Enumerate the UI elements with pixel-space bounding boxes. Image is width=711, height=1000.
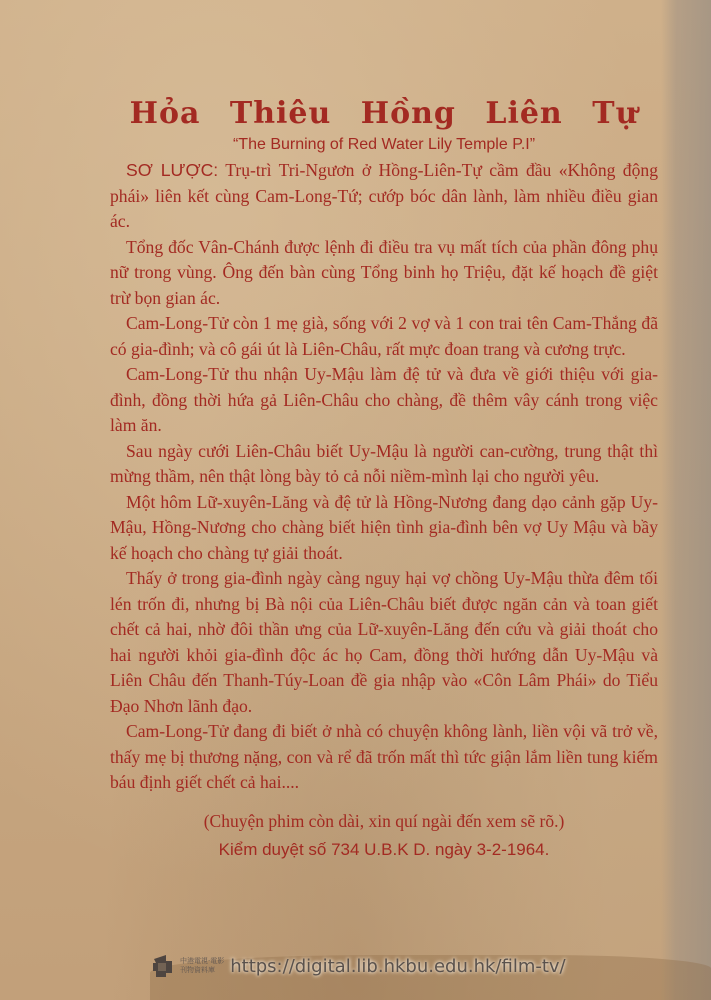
archive-url-link[interactable]: https://digital.lib.hkbu.edu.hk/film-tv/ (230, 956, 565, 977)
synopsis-paragraph: Sau ngày cưới Liên-Châu biết Uy-Mậu là n… (110, 439, 658, 490)
film-camera-logo-icon (152, 953, 174, 979)
continuation-note: (Chuyện phim còn dài, xin quí ngài đến x… (110, 806, 658, 836)
synopsis-label: SƠ LƯỢC: (126, 160, 218, 180)
synopsis-paragraph: SƠ LƯỢC: Trụ-trì Tri-Ngươn ở Hồng-Liên-T… (110, 158, 658, 235)
film-english-title: “The Burning of Red Water Lily Temple P.… (110, 134, 658, 156)
censorship-line: Kiểm duyệt số 734 U.B.K D. ngày 3-2-1964… (110, 836, 658, 864)
synopsis-paragraph: Cam-Long-Tử đang đi biết ở nhà có chuyện… (110, 719, 658, 796)
synopsis-document: Hỏa Thiêu Hồng Liên Tự “The Burning of R… (110, 94, 658, 864)
archive-org-name: 中港電視·電影 刊物資料庫 (180, 957, 224, 975)
archive-watermark: 中港電視·電影 刊物資料庫 https://digital.lib.hkbu.e… (152, 948, 566, 984)
synopsis-paragraph: Cam-Long-Tử còn 1 mẹ già, sống với 2 vợ … (110, 311, 658, 362)
synopsis-paragraph: Thấy ở trong gia-đình ngày càng nguy hại… (110, 566, 658, 719)
synopsis-paragraph: Cam-Long-Tử thu nhận Uy-Mậu làm đệ tử và… (110, 362, 658, 439)
synopsis-paragraph: Một hôm Lữ-xuyên-Lăng và đệ tử là Hồng-N… (110, 490, 658, 567)
film-title: Hỏa Thiêu Hồng Liên Tự (110, 94, 658, 134)
paper-edge-shadow (661, 0, 711, 1000)
synopsis-paragraph: Tổng đốc Vân-Chánh được lệnh đi điều tra… (110, 235, 658, 312)
